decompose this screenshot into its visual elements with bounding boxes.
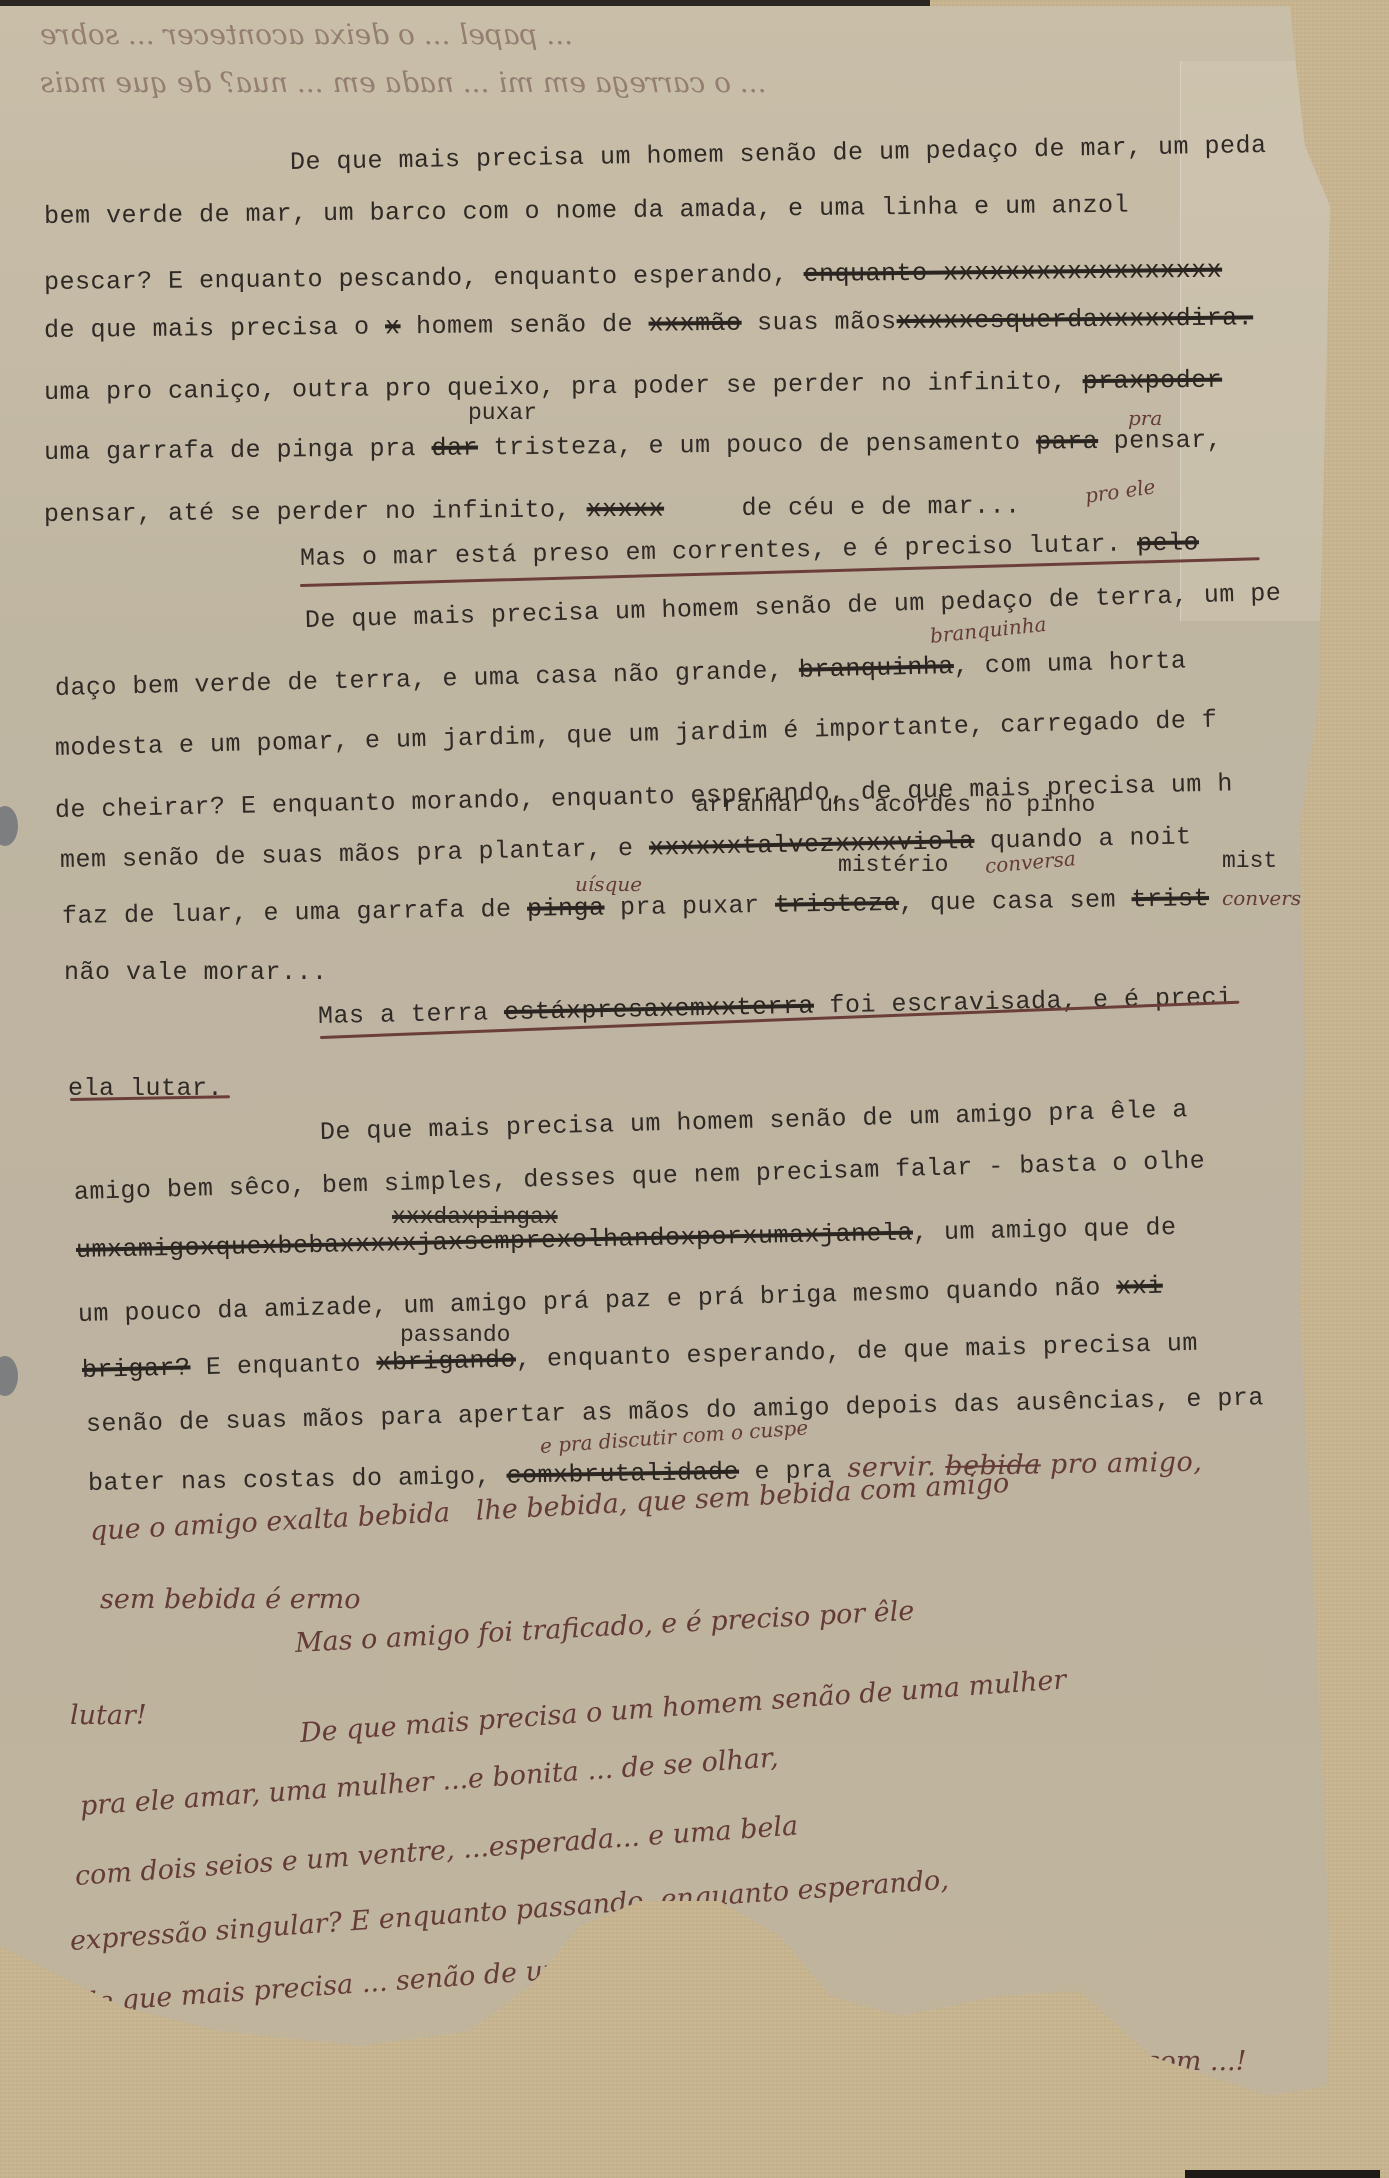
typed-line: modesta e um pomar, e um jardim, que um …: [55, 706, 1218, 763]
handwritten-line: Mas o amigo foi traficado, e é preciso p…: [294, 1596, 915, 1659]
handwritten-line: pra ele amar, uma mulher ...e bonita ...…: [79, 1742, 779, 1822]
struck-text: trist: [1131, 884, 1209, 914]
struck-text: branquinha: [799, 652, 955, 685]
text-segment: Mas a terra: [318, 998, 505, 1031]
text-segment: um pouco da amizade, um amigo prá paz e …: [78, 1273, 1117, 1329]
struck-text: dar: [431, 433, 478, 462]
punch-hole-lower: [0, 1356, 18, 1396]
typed-insertion: puxar: [468, 400, 537, 426]
text-segment: , que casa sem: [899, 885, 1132, 918]
typed-line: pescar? E enquanto pescando, enquanto es…: [44, 256, 1222, 297]
typed-line: De que mais precisa um homem senão de um…: [305, 579, 1282, 635]
typed-line: uma pro caniço, outra pro queixo, pra po…: [44, 366, 1222, 407]
text-segment: pensar, até se perder no infinito,: [44, 495, 587, 529]
typed-insertion: arranhar uns acordes no pinho: [695, 792, 1095, 818]
handwritten-insertion: conversa: [1222, 886, 1313, 910]
handwritten-line: lutar!: [70, 1700, 147, 1731]
typed-line: não vale morar...: [64, 958, 328, 987]
struck-text: xxxmão: [648, 309, 741, 339]
typed-line: umxamigoxquexbebaxxxxxjaxsemprexolhandox…: [76, 1213, 1177, 1265]
typed-line: uma garrafa de pinga pra dar tristeza, e…: [44, 426, 1222, 467]
handwritten-insertion: branquinha: [929, 612, 1048, 648]
struck-text: pinga: [527, 893, 605, 923]
struck-text: tristeza: [775, 889, 899, 920]
typed-line: amigo bem sêco, bem simples, desses que …: [74, 1146, 1206, 1207]
bleed-through-line-1: ... papel ... o deixa acontecer ... sobr…: [40, 18, 573, 51]
handwritten-insertion: pro ele: [1083, 474, 1156, 508]
struck-text: xbrigando: [376, 1345, 516, 1377]
text-segment: E enquanto: [190, 1349, 377, 1383]
struck-text: enquanto xxxxxxxxxxxxxxxxxx: [803, 256, 1222, 289]
handwritten-text: pro amigo,: [1041, 1447, 1203, 1481]
text-segment: de céu e de mar...: [664, 491, 1021, 523]
text-segment: uma garrafa de pinga pra: [44, 434, 432, 467]
text-segment: , com uma horta: [954, 646, 1187, 681]
punch-hole-upper: [0, 806, 18, 846]
text-segment: suas mãos: [741, 307, 896, 338]
typed-insertion: passando: [400, 1322, 510, 1348]
text-segment: uma pro caniço, outra pro queixo, pra po…: [44, 367, 1083, 407]
handwritten-line: De que mais precisa o um homem senão de …: [299, 1664, 1067, 1749]
typed-line: pensar, até se perder no infinito, xxxxx…: [44, 491, 1021, 529]
text-segment: pensar,: [1098, 426, 1222, 456]
text-segment: pra puxar: [604, 891, 775, 923]
struck-text: x: [385, 312, 401, 341]
typed-insertion: mist: [1222, 848, 1277, 874]
manuscript-sheet: ... papel ... o deixa acontecer ... sobr…: [0, 6, 1330, 2136]
text-segment: faz de luar, e uma garrafa de: [62, 895, 527, 931]
text-segment: daço bem verde de terra, e uma casa: [55, 660, 614, 703]
typed-line: um pouco da amizade, um amigo prá paz e …: [78, 1272, 1164, 1329]
typed-line: daço bem verde de terra, e uma casa não …: [55, 646, 1187, 703]
typed-line: De que mais precisa um homem senão de um…: [290, 131, 1267, 177]
handwritten-line: com dois seios e um ventre, ...esperada.…: [74, 1810, 799, 1891]
struck-text: para: [1036, 427, 1098, 457]
text-segment: , enquanto esperando, de que mais precis…: [516, 1329, 1199, 1375]
text-segment: quando a noit: [974, 822, 1192, 856]
bleed-through-line-2: ... o carrega em mi ... nada em ... nua?…: [40, 66, 767, 99]
text-segment: pescar? E enquanto pescando, enquanto es…: [44, 260, 804, 297]
typed-line: De que mais precisa um homem senão de um…: [320, 1095, 1189, 1147]
struck-text: xxxxxesquerdaxxxxxdira.: [896, 303, 1253, 336]
text-segment: bater nas costas do amigo,: [88, 1462, 507, 1498]
struck-text: praxpoder: [1082, 366, 1222, 396]
text-segment: tristeza, e um pouco de pensamento: [478, 428, 1036, 463]
text-segment: , um amigo que de: [913, 1213, 1177, 1248]
text-segment: mem senão de suas mãos pra plantar, e: [60, 834, 650, 875]
scanner-edge-bottom: [1185, 2170, 1380, 2178]
typed-insertion: mistério: [838, 852, 948, 878]
typed-line: bem verde de mar, um barco com o nome da…: [44, 191, 1129, 231]
struck-text: brigar?: [82, 1353, 191, 1385]
typed-line: brigar? E enquanto xbrigando, enquanto e…: [82, 1329, 1199, 1385]
refrain-line: Mas o mar está preso em correntes, e é p…: [300, 528, 1200, 573]
text-segment: de que mais precisa o: [44, 312, 385, 345]
text-segment: homem senão de: [400, 310, 648, 342]
struck-text: pelo: [1137, 528, 1200, 558]
typed-line: de que mais precisa o x homem senão de x…: [44, 303, 1253, 345]
struck-text: xxi: [1116, 1272, 1163, 1302]
text-segment: não grande,: [613, 656, 800, 690]
handwritten-line: sem bebida é ermo: [100, 1584, 360, 1615]
struck-text: xxxxx: [586, 495, 664, 525]
